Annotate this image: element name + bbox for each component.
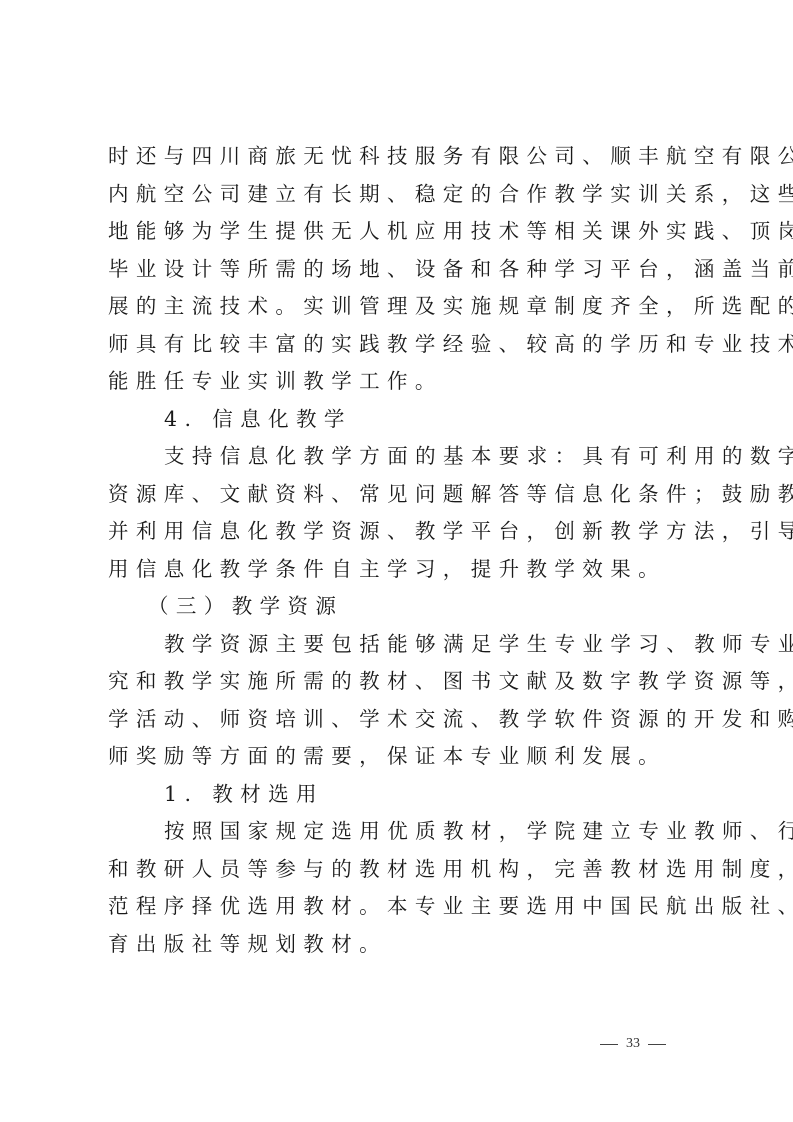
text-line: 师具有比较丰富的实践教学经验、较高的学历和专业技术职称， bbox=[108, 326, 698, 364]
text-line: 范程序择优选用教材。本专业主要选用中国民航出版社、高等教 bbox=[108, 888, 698, 926]
paragraph-teaching-resources: 教学资源主要包括能够满足学生专业学习、教师专业教学研 究和教学实施所需的教材、图… bbox=[108, 626, 698, 776]
paragraph-informatized-teaching: 支持信息化教学方面的基本要求：具有可利用的数字化教学 资源库、文献资料、常见问题… bbox=[108, 438, 698, 588]
text-line: 按照国家规定选用优质教材，学院建立专业教师、行业专家 bbox=[108, 813, 698, 851]
document-body: 时还与四川商旅无忧科技服务有限公司、顺丰航空有限公司等国 内航空公司建立有长期、… bbox=[108, 138, 698, 963]
page-number-footer: 33 bbox=[600, 1036, 666, 1052]
text-line: 学活动、师资培训、学术交流、教学软件资源的开发和购置、教 bbox=[108, 701, 698, 739]
text-line: 地能够为学生提供无人机应用技术等相关课外实践、顶岗实习和 bbox=[108, 213, 698, 251]
text-line: 能胜任专业实训教学工作。 bbox=[108, 363, 698, 401]
text-line: 时还与四川商旅无忧科技服务有限公司、顺丰航空有限公司等国 bbox=[108, 138, 698, 176]
text-line: 资源库、文献资料、常见问题解答等信息化条件；鼓励教师开发 bbox=[108, 476, 698, 514]
text-line: 教学资源主要包括能够满足学生专业学习、教师专业教学研 bbox=[108, 626, 698, 664]
paragraph-textbook-selection: 按照国家规定选用优质教材，学院建立专业教师、行业专家 和教研人员等参与的教材选用… bbox=[108, 813, 698, 963]
text-line: 展的主流技术。实训管理及实施规章制度齐全，所选配的指导老 bbox=[108, 288, 698, 326]
heading-textbook-selection: 1. 教材选用 bbox=[108, 776, 698, 814]
text-line: 内航空公司建立有长期、稳定的合作教学实训关系，这些实训基 bbox=[108, 176, 698, 214]
paragraph-practice-base-continuation: 时还与四川商旅无忧科技服务有限公司、顺丰航空有限公司等国 内航空公司建立有长期、… bbox=[108, 138, 698, 401]
text-line: 究和教学实施所需的教材、图书文献及数字教学资源等，满足教 bbox=[108, 663, 698, 701]
left-dash-decoration bbox=[600, 1044, 618, 1045]
text-line: 师奖励等方面的需要，保证本专业顺利发展。 bbox=[108, 738, 698, 776]
text-line: 和教研人员等参与的教材选用机构，完善教材选用制度，经过规 bbox=[108, 851, 698, 889]
text-line: 支持信息化教学方面的基本要求：具有可利用的数字化教学 bbox=[108, 438, 698, 476]
section-heading-teaching-resources: （三）教学资源 bbox=[108, 588, 698, 626]
text-line: 用信息化教学条件自主学习，提升教学效果。 bbox=[108, 551, 698, 589]
right-dash-decoration bbox=[648, 1044, 666, 1045]
page-number: 33 bbox=[626, 1036, 640, 1052]
text-line: 毕业设计等所需的场地、设备和各种学习平台，涵盖当前专业发 bbox=[108, 251, 698, 289]
text-line: 育出版社等规划教材。 bbox=[108, 926, 698, 964]
heading-informatized-teaching: 4. 信息化教学 bbox=[108, 401, 698, 439]
text-line: 并利用信息化教学资源、教学平台，创新教学方法，引导学生利 bbox=[108, 513, 698, 551]
